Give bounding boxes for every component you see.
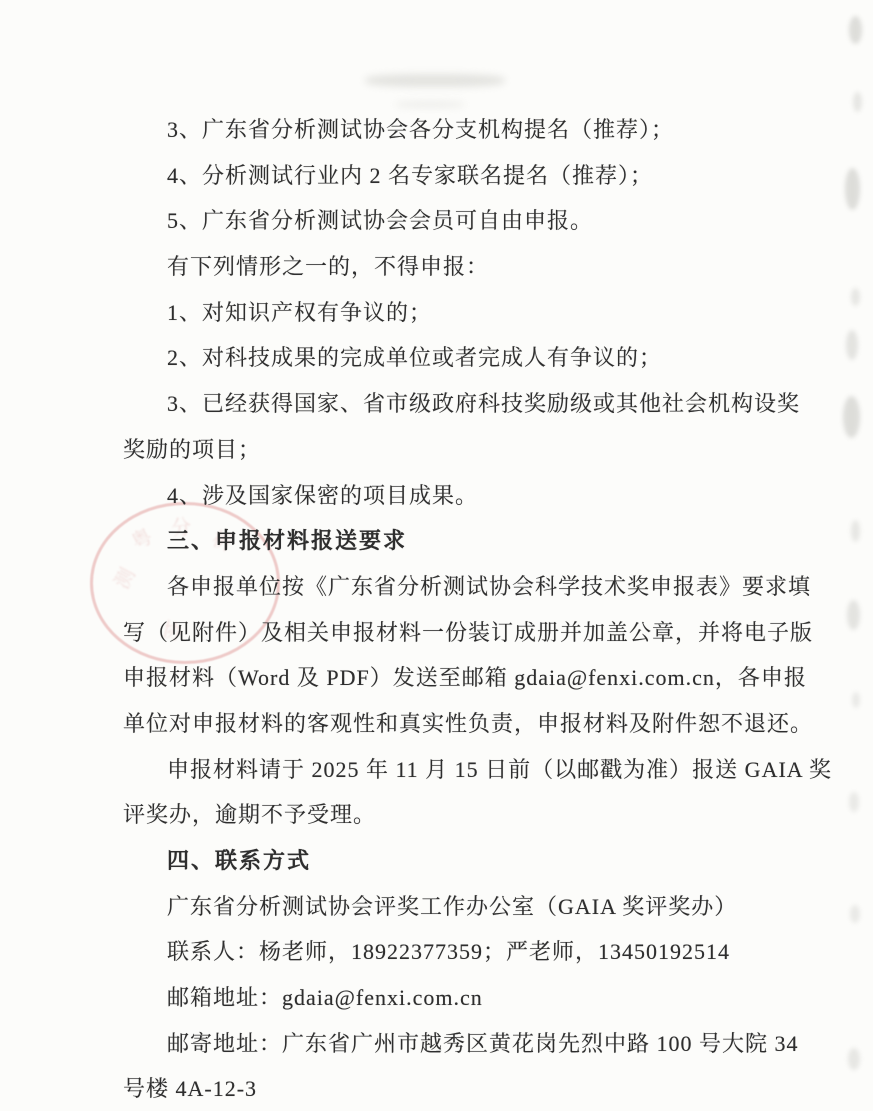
- text-line: 邮寄地址：广东省广州市越秀区黄花岗先烈中路 100 号大院 34: [123, 1021, 783, 1067]
- text-line: 号楼 4A-12-3: [123, 1066, 783, 1111]
- text-line: 5、广东省分析测试协会会员可自由申报。: [123, 198, 783, 244]
- text-line: 评奖办，逾期不予受理。: [123, 792, 783, 838]
- text-line: 有下列情形之一的，不得申报：: [123, 244, 783, 290]
- scan-artifact: [851, 520, 860, 542]
- text-line: 申报材料请于 2025 年 11 月 15 日前（以邮戳为准）报送 GAIA 奖: [123, 747, 783, 793]
- text-line: 邮箱地址：gdaia@fenxi.com.cn: [123, 975, 783, 1021]
- scan-artifact: [849, 16, 862, 44]
- text-line: 单位对申报材料的客观性和真实性负责，申报材料及附件恕不退还。: [123, 701, 783, 747]
- scan-artifact: [847, 600, 860, 630]
- scan-artifact: [849, 792, 859, 812]
- scanned-document-page: 粤 分 析 测 协 3、广东省分析测试协会各分支机构提名（推荐）；4、分析测试行…: [0, 0, 873, 1111]
- text-line: 申报材料（Word 及 PDF）发送至邮箱 gdaia@fenxi.com.cn…: [123, 655, 783, 701]
- section-heading: 三、申报材料报送要求: [123, 518, 783, 564]
- scan-artifact: [851, 288, 860, 306]
- scan-smudge: [365, 74, 505, 87]
- scan-artifact: [853, 92, 862, 112]
- scan-artifact: [848, 1048, 860, 1070]
- scan-artifact: [845, 168, 860, 210]
- text-line: 3、已经获得国家、省市级政府科技奖励级或其他社会机构设奖: [123, 381, 783, 427]
- scan-artifact: [850, 905, 860, 923]
- section-heading: 四、联系方式: [123, 838, 783, 884]
- text-line: 各申报单位按《广东省分析测试协会科学技术奖申报表》要求填: [123, 564, 783, 610]
- scan-artifact: [843, 396, 860, 438]
- text-line: 4、涉及国家保密的项目成果。: [123, 473, 783, 519]
- text-line: 奖励的项目；: [123, 427, 783, 473]
- text-line: 3、广东省分析测试协会各分支机构提名（推荐）；: [123, 107, 783, 153]
- text-line: 写（见附件）及相关申报材料一份装订成册并加盖公章，并将电子版: [123, 610, 783, 656]
- document-body: 3、广东省分析测试协会各分支机构提名（推荐）；4、分析测试行业内 2 名专家联名…: [123, 107, 783, 1111]
- text-line: 1、对知识产权有争议的；: [123, 290, 783, 336]
- scan-artifact: [846, 330, 858, 360]
- text-line: 2、对科技成果的完成单位或者完成人有争议的；: [123, 335, 783, 381]
- text-line: 广东省分析测试协会评奖工作办公室（GAIA 奖评奖办）: [123, 884, 783, 930]
- text-line: 联系人：杨老师，18922377359；严老师，13450192514: [123, 929, 783, 975]
- scan-artifact: [852, 692, 860, 708]
- text-line: 4、分析测试行业内 2 名专家联名提名（推荐）；: [123, 153, 783, 199]
